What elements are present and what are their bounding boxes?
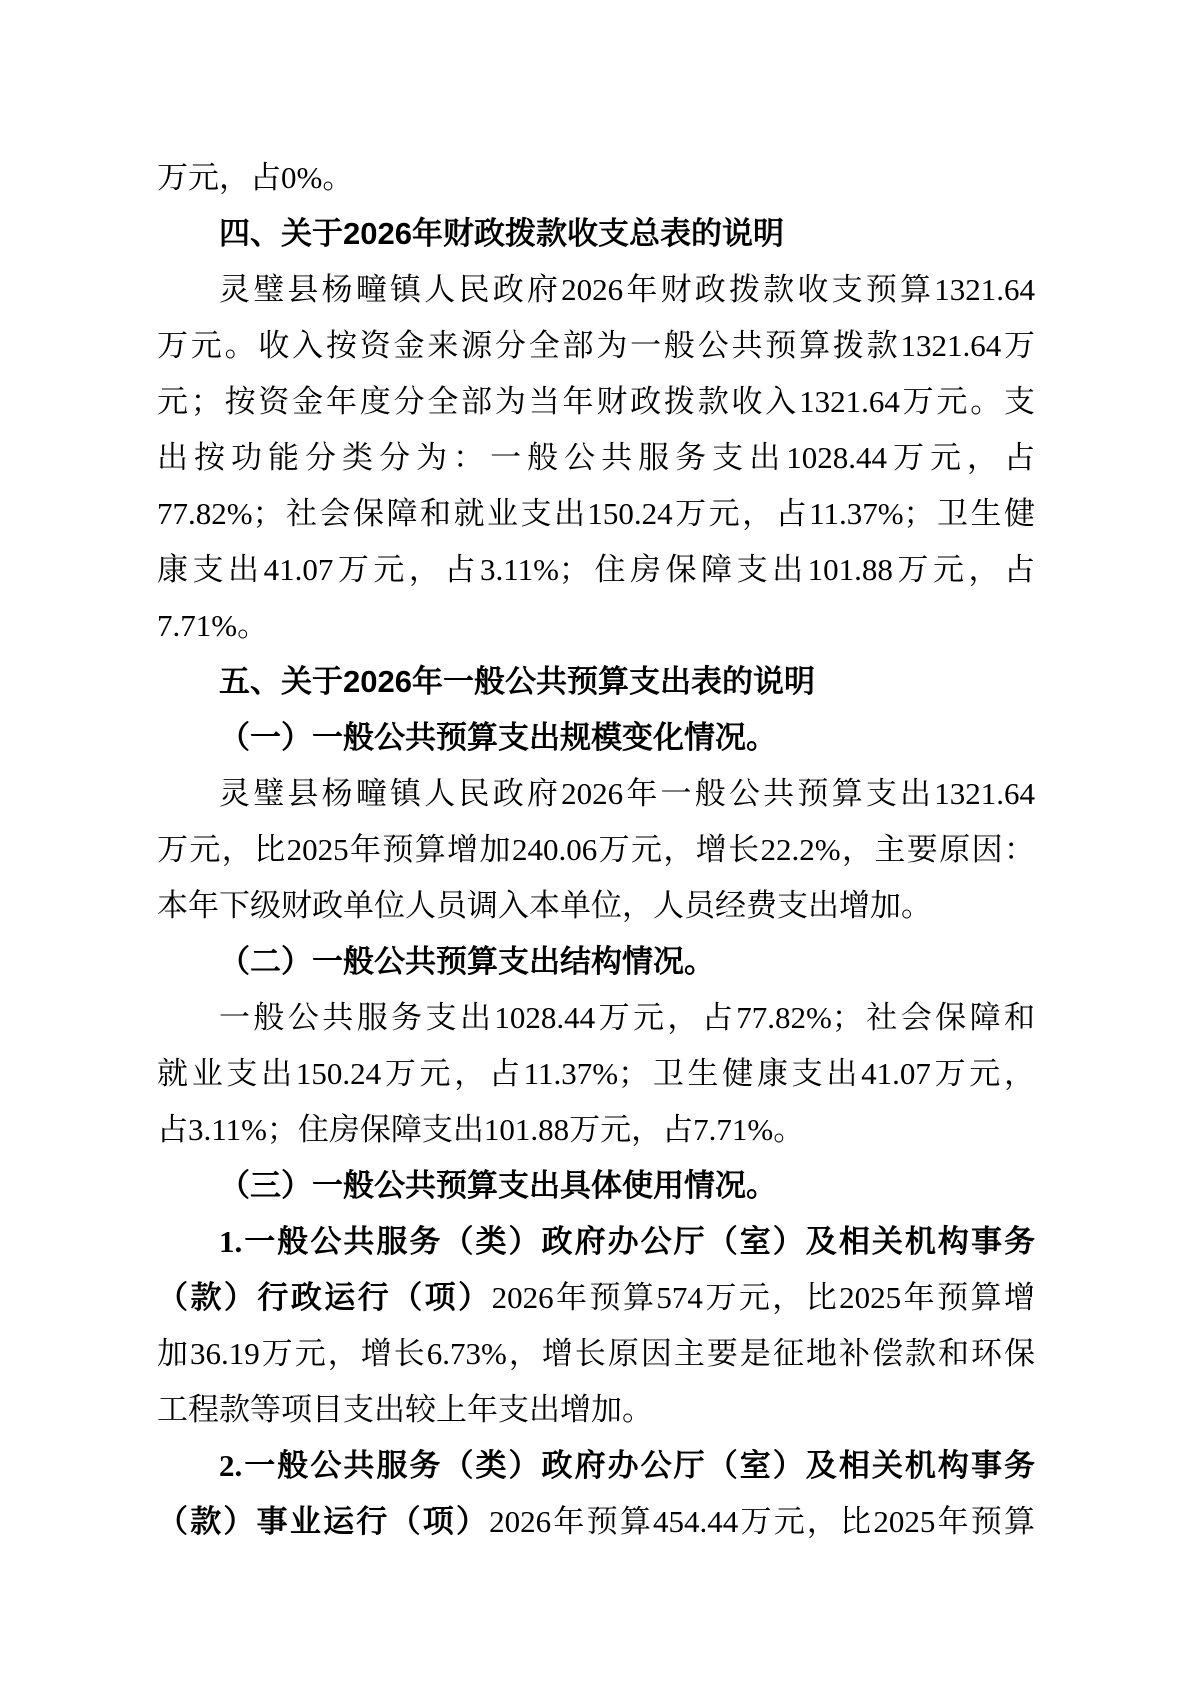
body-text: 一般公共服务支出1028.44万元，占77.82%；社会保障和 [219,1000,1035,1035]
text-line: （三）一般公共预算支出具体使用情况。 [157,1158,1035,1214]
text-line: 元；按资金年度分全部为当年财政拨款收入1321.64万元。支 [157,374,1035,430]
text-line: 1.一般公共服务（类）政府办公厅（室）及相关机构事务 [157,1214,1035,1270]
body-text: 万元，占0%。 [157,160,353,195]
body-text: 万元，比2025年预算增加240.06万元，增长22.2%，主要原因： [157,832,1035,867]
text-line: （二）一般公共预算支出结构情况。 [157,934,1035,990]
text-line: 灵璧县杨疃镇人民政府2026年一般公共预算支出1321.64 [157,766,1035,822]
section-heading-text: 四、关于2026年财政拨款收支总表的说明 [219,216,784,251]
body-text: 工程款等项目支出较上年支出增加。 [157,1392,653,1427]
text-line: 加36.19万元，增长6.73%，增长原因主要是征地补偿款和环保 [157,1326,1035,1382]
body-text: 77.82%；社会保障和就业支出150.24万元，占11.37%；卫生健 [157,496,1035,531]
section-heading-text: 五、关于2026年一般公共预算支出表的说明 [219,664,815,699]
text-line: 灵璧县杨疃镇人民政府2026年财政拨款收支预算1321.64 [157,262,1035,318]
sub-heading-text: （三）一般公共预算支出具体使用情况。 [219,1168,777,1203]
sub-heading-text: （一）一般公共预算支出规模变化情况。 [219,720,777,755]
sub-heading-text: （二）一般公共预算支出结构情况。 [219,944,715,979]
text-line: 康支出41.07万元，占3.11%；住房保障支出101.88万元，占 [157,542,1035,598]
text-line: 77.82%；社会保障和就业支出150.24万元，占11.37%；卫生健 [157,486,1035,542]
text-line: 五、关于2026年一般公共预算支出表的说明 [157,654,1035,710]
sub-heading-text: （款）行政运行（项） [157,1280,492,1315]
text-line: 出按功能分类分为：一般公共服务支出1028.44万元，占 [157,430,1035,486]
text-line: 就业支出150.24万元，占11.37%；卫生健康支出41.07万元， [157,1046,1035,1102]
body-text: 灵璧县杨疃镇人民政府2026年财政拨款收支预算1321.64 [219,272,1035,307]
sub-heading-text: 1.一般公共服务（类）政府办公厅（室）及相关机构事务 [219,1224,1035,1259]
text-line: （款）事业运行（项）2026年预算454.44万元，比2025年预算 [157,1494,1035,1550]
text-line: 四、关于2026年财政拨款收支总表的说明 [157,206,1035,262]
sub-heading-text: （款）事业运行（项） [157,1504,489,1539]
text-line: 7.71%。 [157,598,1035,654]
body-text: 加36.19万元，增长6.73%，增长原因主要是征地补偿款和环保 [157,1336,1035,1371]
body-text: 灵璧县杨疃镇人民政府2026年一般公共预算支出1321.64 [219,776,1035,811]
body-text: 7.71%。 [157,608,268,643]
text-line: 万元，占0%。 [157,150,1035,206]
body-text: 占3.11%；住房保障支出101.88万元，占7.71%。 [157,1112,804,1147]
body-text: 2026年预算454.44万元，比2025年预算 [489,1504,1035,1539]
body-text: 出按功能分类分为：一般公共服务支出1028.44万元，占 [157,440,1035,475]
body-text: 本年下级财政单位人员调入本单位，人员经费支出增加。 [157,888,932,923]
text-line: 万元。收入按资金来源分全部为一般公共预算拨款1321.64万 [157,318,1035,374]
body-text: 万元。收入按资金来源分全部为一般公共预算拨款1321.64万 [157,328,1035,363]
text-line: 占3.11%；住房保障支出101.88万元，占7.71%。 [157,1102,1035,1158]
body-text: 康支出41.07万元，占3.11%；住房保障支出101.88万元，占 [157,552,1035,587]
body-text: 2026年预算574万元，比2025年预算增 [492,1280,1035,1315]
text-line: （款）行政运行（项）2026年预算574万元，比2025年预算增 [157,1270,1035,1326]
text-line: 万元，比2025年预算增加240.06万元，增长22.2%，主要原因： [157,822,1035,878]
document-content: 万元，占0%。四、关于2026年财政拨款收支总表的说明灵璧县杨疃镇人民政府202… [157,150,1035,1550]
sub-heading-text: 2.一般公共服务（类）政府办公厅（室）及相关机构事务 [219,1448,1035,1483]
body-text: 就业支出150.24万元，占11.37%；卫生健康支出41.07万元， [157,1056,1035,1091]
text-line: 一般公共服务支出1028.44万元，占77.82%；社会保障和 [157,990,1035,1046]
text-line: 工程款等项目支出较上年支出增加。 [157,1382,1035,1438]
text-line: 本年下级财政单位人员调入本单位，人员经费支出增加。 [157,878,1035,934]
text-line: 2.一般公共服务（类）政府办公厅（室）及相关机构事务 [157,1438,1035,1494]
body-text: 元；按资金年度分全部为当年财政拨款收入1321.64万元。支 [157,384,1035,419]
document-page: 万元，占0%。四、关于2026年财政拨款收支总表的说明灵璧县杨疃镇人民政府202… [0,0,1190,1684]
text-line: （一）一般公共预算支出规模变化情况。 [157,710,1035,766]
